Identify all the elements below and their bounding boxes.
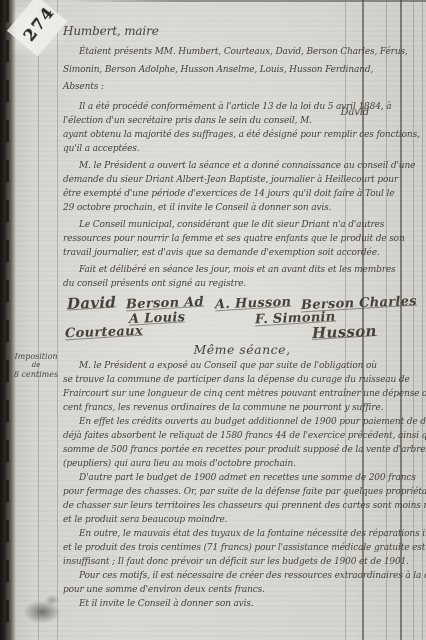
margin-annotation-line: de [8,361,64,370]
manuscript-line: Fait et délibéré en séance les jour, moi… [63,263,421,277]
margin-annotation-line: 8 centimes [8,370,64,379]
scanned-register-page: 274 Imposition de 8 centimes Humbert, ma… [0,0,426,640]
signature: Husson [312,322,377,341]
manuscript-line-text: l'élection d'un secrétaire pris dans le … [63,116,312,126]
manuscript-line: Pour ces motifs, il est nécessaire de cr… [63,569,421,583]
manuscript-line: travail journalier, est d'avis que sa de… [63,246,421,260]
manuscript-line: l'élection d'un secrétaire pris dans le … [63,114,421,128]
manuscript-line: M. le Président a ouvert la séance et a … [63,159,421,173]
manuscript-line: Et il invite le Conseil à donner son avi… [63,597,421,611]
manuscript-line: 29 octobre prochain, et il invite le Con… [63,201,421,215]
manuscript-line: pour fermage des chasses. Or, par suite … [63,485,421,499]
signature-row: Courteaux Husson [63,324,421,341]
manuscript-line: demande du sieur Driant Albert-Jean Bapt… [63,173,421,187]
manuscript-line: être exempté d'une période d'exercices d… [63,187,421,201]
manuscript-line: qu'il a acceptées. [63,142,421,156]
manuscript-line: du conseil présents ont signé au registr… [63,277,421,291]
margin-annotation-line: Imposition [8,352,64,361]
manuscript-line: ressources pour nourrir la femme et ses … [63,232,421,246]
manuscript-line: En outre, le mauvais état des tuyaux de … [63,527,421,541]
manuscript-line: Simonin, Berson Adolphe, Husson Anselme,… [63,62,421,80]
session-opening-line: Humbert, maire [63,22,421,40]
manuscript-line: somme de 500 francs portée en recettes p… [63,443,421,457]
ruled-line [57,0,58,640]
signature: David [67,294,117,313]
paragraph-election: Il a été procédé conformément à l'articl… [63,100,421,156]
manuscript-line: En effet les crédits ouverts au budget a… [63,415,421,429]
margin-annotation: Imposition de 8 centimes [8,352,64,379]
manuscript-line: D'autre part le budget de 1900 admet en … [63,471,421,485]
session-heading: Même séance, [63,342,421,357]
manuscript-line: Le Conseil municipal, considérant que le… [63,218,421,232]
manuscript-line: M. le Président a exposé au Conseil que … [63,359,421,373]
manuscript-line: Étaient présents MM. Humbert, Courteaux,… [63,44,421,62]
manuscript-line: et le produit des trois centimes (71 fra… [63,541,421,555]
manuscript-line: insuffisant ; Il faut donc prévoir un dé… [63,555,421,569]
paragraph-meme-seance: M. le Président a exposé au Conseil que … [63,359,421,611]
paragraph-avis: Le Conseil municipal, considérant que le… [63,218,421,260]
manuscript-line: ayant obtenu la majorité des suffrages, … [63,128,421,142]
manuscript-line: et le produit sera beaucoup moindre. [63,513,421,527]
manuscript-line: cent francs, les revenus ordinaires de l… [63,401,421,415]
manuscript-line: Fraircourt sur une longueur de cinq cent… [63,387,421,401]
manuscript-line: (peupliers) qui aura lieu au mois d'octo… [63,457,421,471]
manuscript-content: Humbert, maire Étaient présents MM. Humb… [63,22,421,614]
inserted-name: David [341,106,369,120]
ruled-line [38,0,39,640]
paragraph-presence: Étaient présents MM. Humbert, Courteaux,… [63,44,421,97]
manuscript-line: se trouve la commune de participer dans … [63,373,421,387]
paragraph-demande: M. le Président a ouvert la séance et a … [63,159,421,215]
manuscript-line: pour une somme d'environ deux cents fran… [63,583,421,597]
signature: Courteaux [65,322,143,342]
manuscript-line: de chasser sur leurs territoires les cha… [63,499,421,513]
manuscript-line: Absents : [63,79,421,97]
signatures-block: David Berson Ad A. Husson Berson Charles… [63,295,421,341]
manuscript-line: déjà faites absorbent le reliquat de 158… [63,429,421,443]
paragraph-cloture: Fait et délibéré en séance les jour, moi… [63,263,421,291]
binding-streak [6,0,9,640]
page-top-edge [70,0,426,2]
